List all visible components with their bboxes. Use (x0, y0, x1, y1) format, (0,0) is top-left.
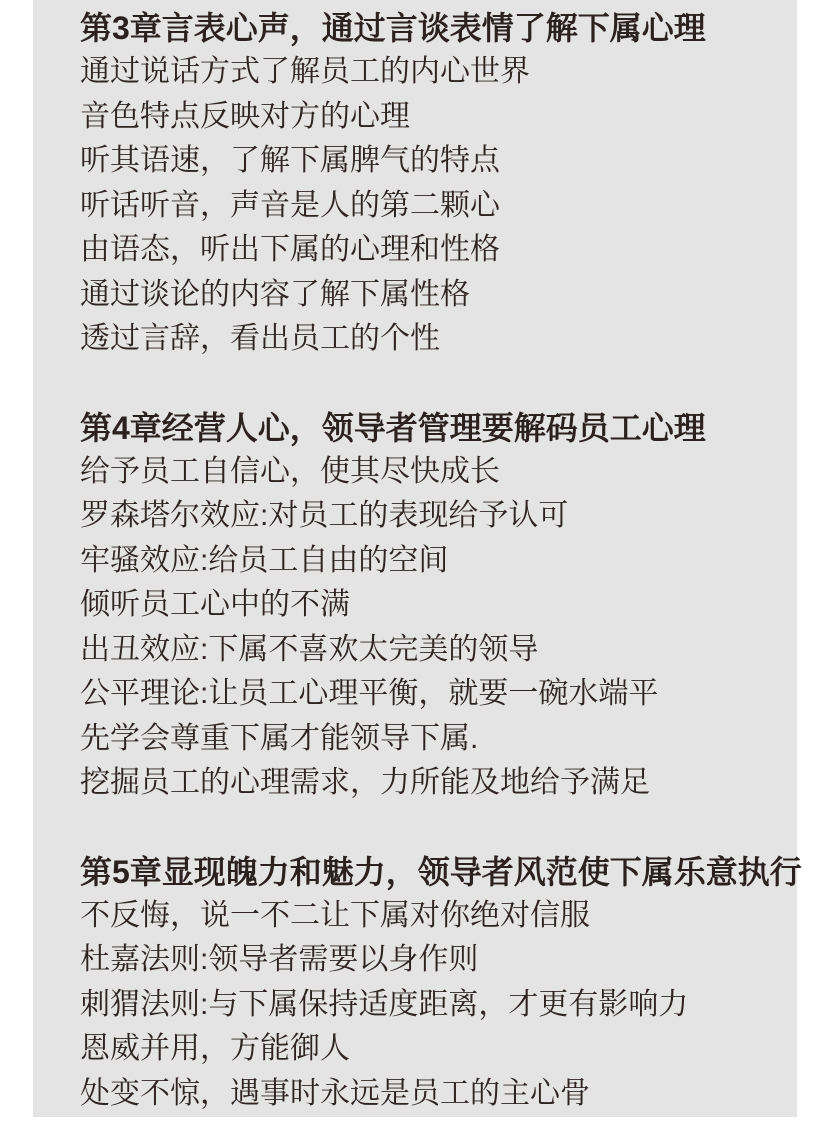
toc-line: 通过说话方式了解员工的内心世界 (80, 50, 797, 95)
toc-line: 恩威并用，方能御人 (80, 1027, 797, 1072)
toc-line: 给予员工自信心，使其尽快成长 (80, 450, 797, 495)
toc-line: 透过言辞，看出员工的个性 (80, 317, 797, 362)
ebook-page-panel: 第3章言表心声，通过言谈表情了解下属心理通过说话方式了解员工的内心世界音色特点反… (33, 0, 797, 1117)
toc-line: 音色特点反映对方的心理 (80, 95, 797, 140)
chapter-section: 第4章经营人心，领导者管理要解码员工心理给予员工自信心，使其尽快成长罗森塔尔效应… (80, 406, 797, 806)
toc-line: 先学会尊重下属才能领导下属. (80, 717, 797, 762)
chapter-section: 第3章言表心声，通过言谈表情了解下属心理通过说话方式了解员工的内心世界音色特点反… (80, 6, 797, 362)
toc-line: 听其语速，了解下属脾气的特点 (80, 139, 797, 184)
chapter-heading: 第3章言表心声，通过言谈表情了解下属心理 (80, 6, 797, 50)
toc-line: 处变不惊，遇事时永远是员工的主心骨 (80, 1072, 797, 1117)
toc-line: 由语态，听出下属的心理和性格 (80, 228, 797, 273)
chapter-section: 第5章显现魄力和魅力，领导者风范使下属乐意执行不反悔，说一不二让下属对你绝对信服… (80, 850, 797, 1117)
toc-line: 杜嘉法则:领导者需要以身作则 (80, 938, 797, 983)
toc-line: 挖掘员工的心理需求，力所能及地给予满足 (80, 761, 797, 806)
chapter-heading: 第5章显现魄力和魅力，领导者风范使下属乐意执行 (80, 850, 797, 894)
toc-line: 牢骚效应:给员工自由的空间 (80, 539, 797, 584)
chapter-heading: 第4章经营人心，领导者管理要解码员工心理 (80, 406, 797, 450)
toc-line: 出丑效应:下属不喜欢太完美的领导 (80, 628, 797, 673)
toc-line: 通过谈论的内容了解下属性格 (80, 273, 797, 318)
toc-line: 罗森塔尔效应:对员工的表现给予认可 (80, 494, 797, 539)
toc-line: 刺猬法则:与下属保持适度距离，才更有影响力 (80, 983, 797, 1028)
toc-line: 公平理论:让员工心理平衡，就要一碗水端平 (80, 672, 797, 717)
toc-line: 倾听员工心中的不满 (80, 583, 797, 628)
toc-line: 听话听音，声音是人的第二颗心 (80, 184, 797, 229)
toc-line: 不反悔，说一不二让下属对你绝对信服 (80, 894, 797, 939)
